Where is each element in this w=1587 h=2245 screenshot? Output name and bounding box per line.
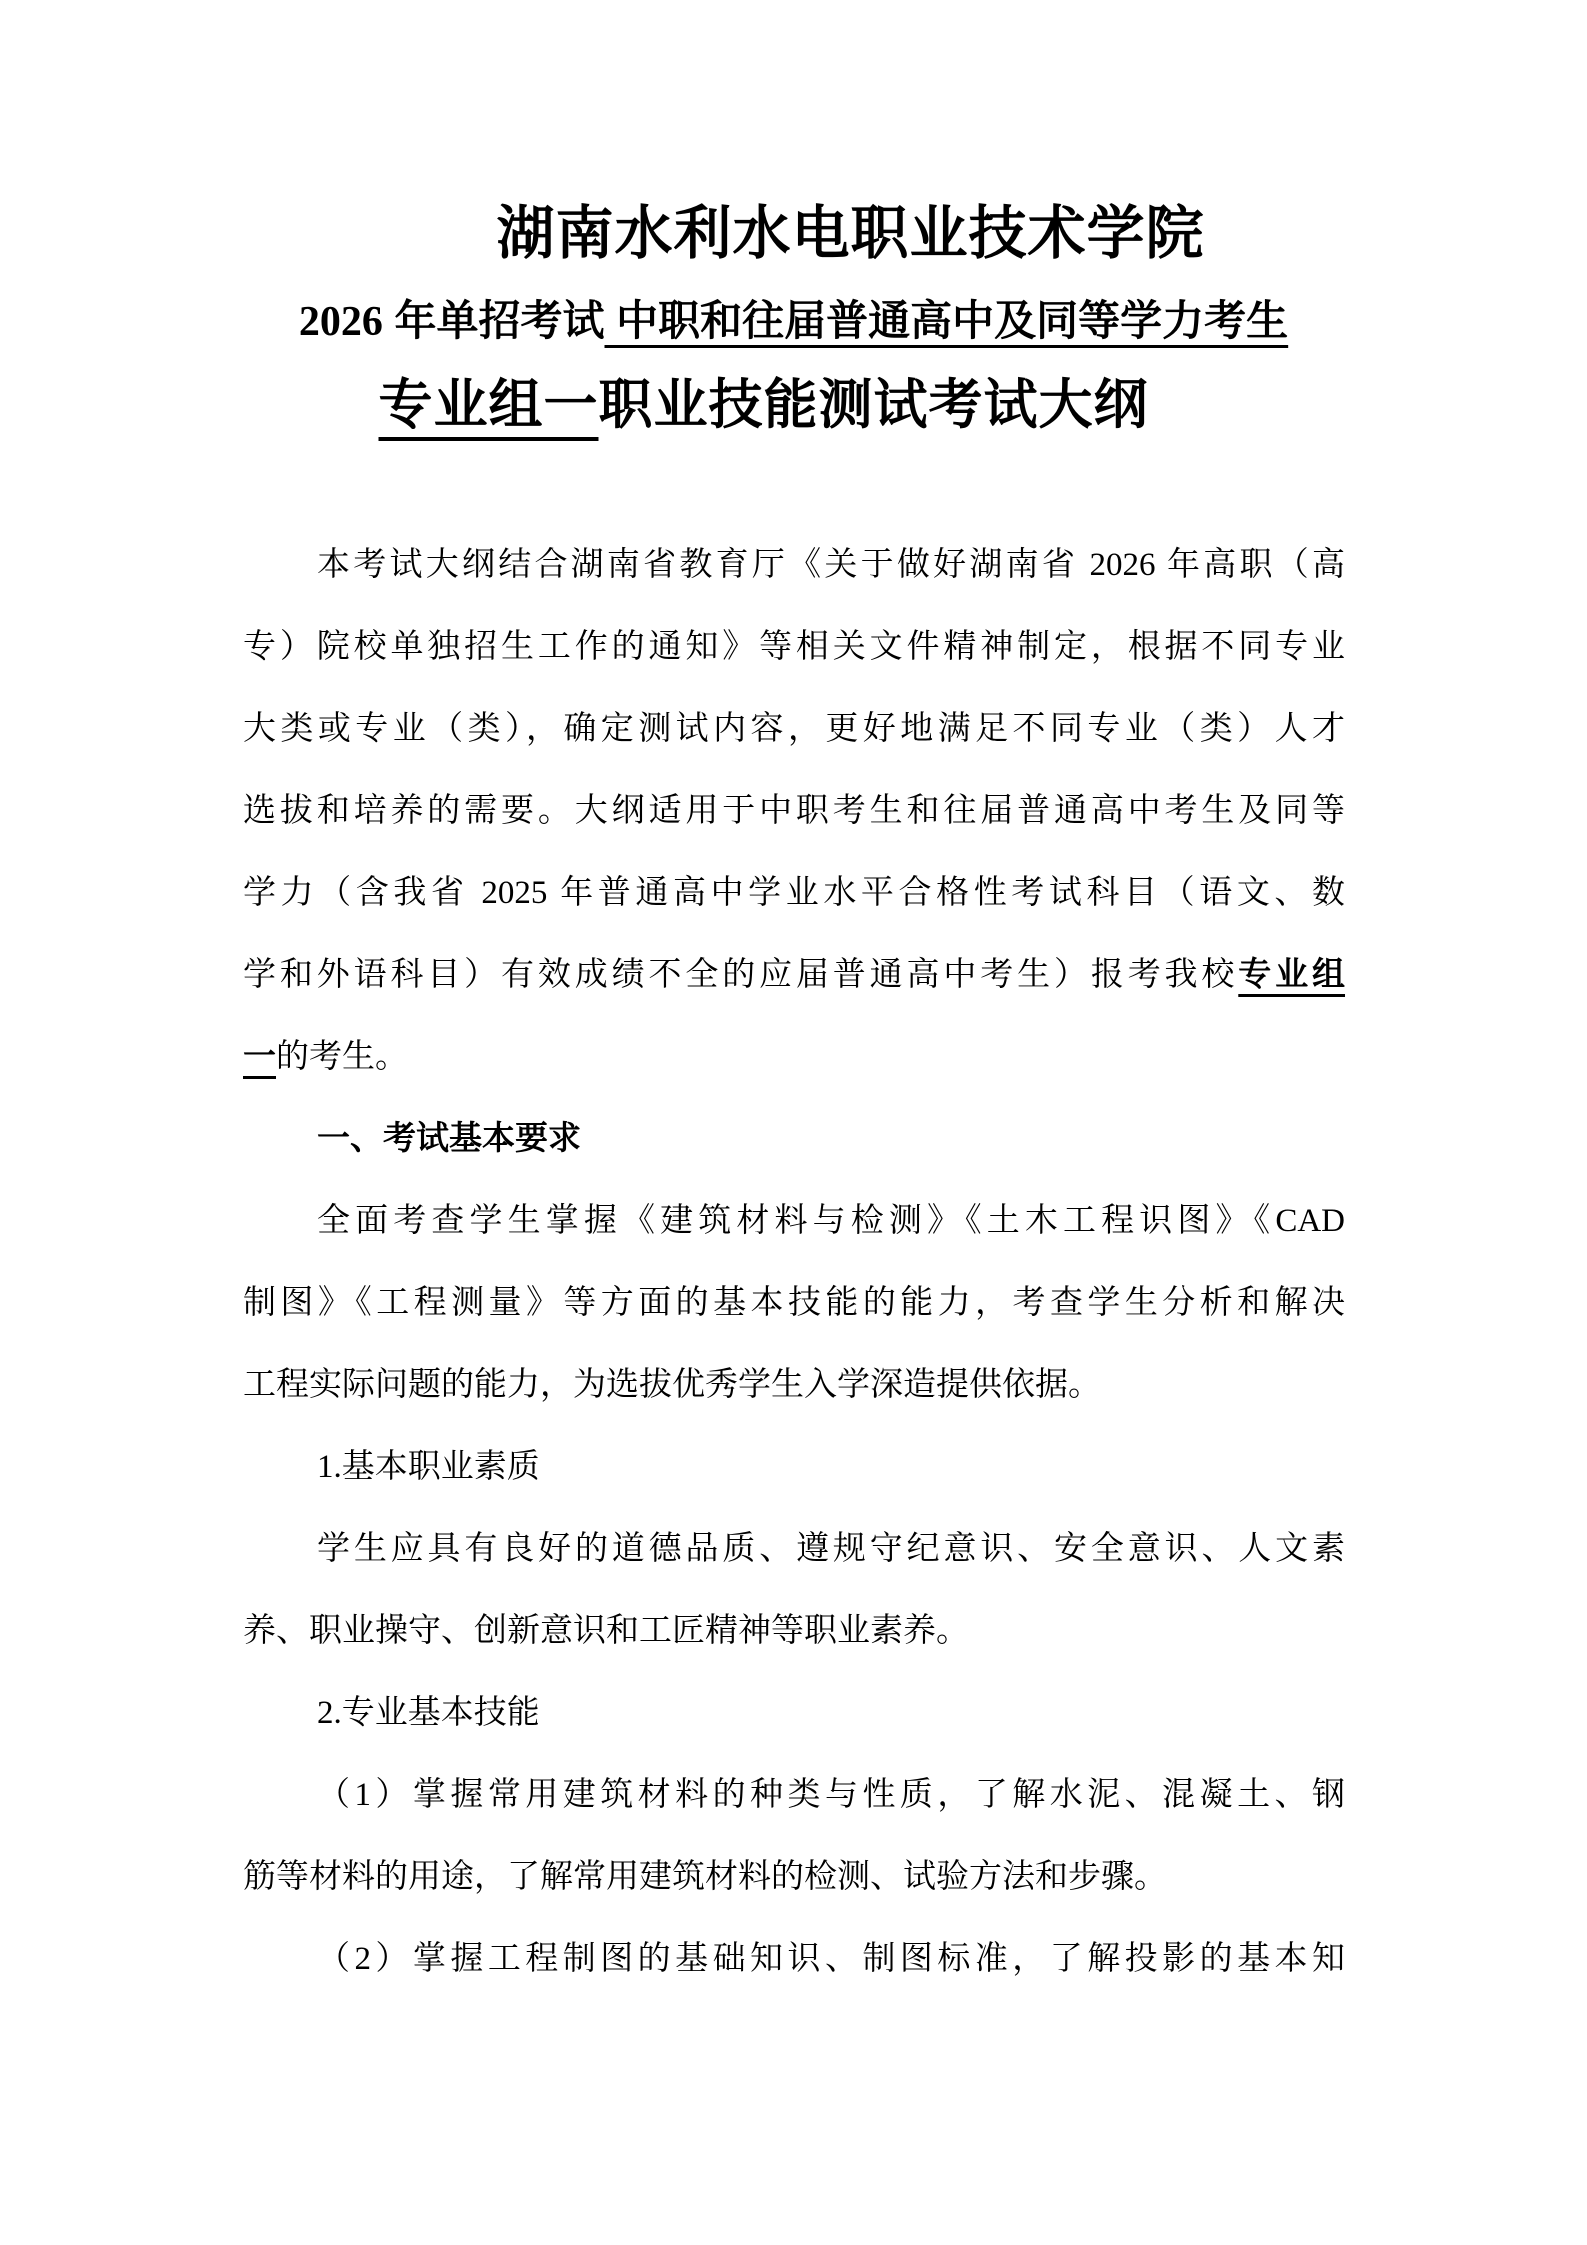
document-subtitle: 2026 年单招考试 中职和往届普通高中及同等学力考生 (0, 300, 1587, 343)
section1-sub2-heading: 2.专业基本技能 (243, 1672, 1345, 1754)
intro-line-7-emphasis: 一 (243, 1039, 276, 1075)
title3-underlined-text: 专业组一 (379, 375, 599, 435)
title3-rest-text: 职业技能测试考试大纲 (599, 375, 1149, 435)
section1-paragraph1-line-2: 制图》《工程测量》等方面的基本技能的能力，考查学生分析和解决 (243, 1262, 1345, 1344)
intro-line-1: 本考试大纲结合湖南省教育厅《关于做好湖南省 2026 年高职（高 (243, 524, 1345, 606)
section1-sub1-heading: 1.基本职业素质 (243, 1426, 1345, 1508)
section1-sub2-item1-line-1: （1）掌握常用建筑材料的种类与性质，了解水泥、混凝土、钢 (243, 1754, 1345, 1836)
section1-heading: 一、考试基本要求 (243, 1098, 1345, 1180)
document-page: 湖南水利水电职业技术学院 2026 年单招考试 中职和往届普通高中及同等学力考生… (0, 0, 1587, 2245)
intro-line-6: 学和外语科目）有效成绩不全的应届普通高中考生）报考我校专业组 (243, 934, 1345, 1016)
section1-sub2-item1-line-2: 筋等材料的用途，了解常用建筑材料的检测、试验方法和步骤。 (243, 1836, 1345, 1918)
document-title-line3: 专业组一职业技能测试考试大纲 (0, 379, 1587, 431)
section1-paragraph1-line-3: 工程实际问题的能力，为选拔优秀学生入学深造提供依据。 (243, 1344, 1345, 1426)
section1-sub1-line-2: 养、职业操守、创新意识和工匠精神等职业素养。 (243, 1590, 1345, 1672)
section1-sub1-line-1: 学生应具有良好的道德品质、遵规守纪意识、安全意识、人文素 (243, 1508, 1345, 1590)
intro-line-6-plain: 学和外语科目）有效成绩不全的应届普通高中考生）报考我校 (243, 957, 1238, 993)
intro-line-5: 学力（含我省 2025 年普通高中学业水平合格性考试科目（语文、数 (243, 852, 1345, 934)
subtitle-year: 2026 (299, 299, 383, 345)
intro-line-7: 一的考生。 (243, 1016, 1345, 1098)
document-body: 本考试大纲结合湖南省教育厅《关于做好湖南省 2026 年高职（高 专）院校单独招… (243, 524, 1345, 2000)
section1-sub2-item2-line-1: （2）掌握工程制图的基础知识、制图标准，了解投影的基本知 (243, 1918, 1345, 2000)
section1-paragraph1-line-1: 全面考查学生掌握《建筑材料与检测》《土木工程识图》《CAD (243, 1180, 1345, 1262)
intro-line-4: 选拔和培养的需要。大纲适用于中职考生和往届普通高中考生及同等 (243, 770, 1345, 852)
document-title: 湖南水利水电职业技术学院 (0, 205, 1587, 263)
subtitle-plain-text: 年单招考试 (383, 297, 605, 344)
intro-line-3: 大类或专业（类），确定测试内容，更好地满足不同专业（类）人才 (243, 688, 1345, 770)
intro-line-6-emphasis: 专业组 (1238, 957, 1345, 993)
intro-line-2: 专）院校单独招生工作的通知》等相关文件精神制定，根据不同专业 (243, 606, 1345, 688)
subtitle-underlined-text: 中职和往届普通高中及同等学力考生 (605, 297, 1289, 344)
intro-line-7-plain: 的考生。 (276, 1039, 408, 1075)
